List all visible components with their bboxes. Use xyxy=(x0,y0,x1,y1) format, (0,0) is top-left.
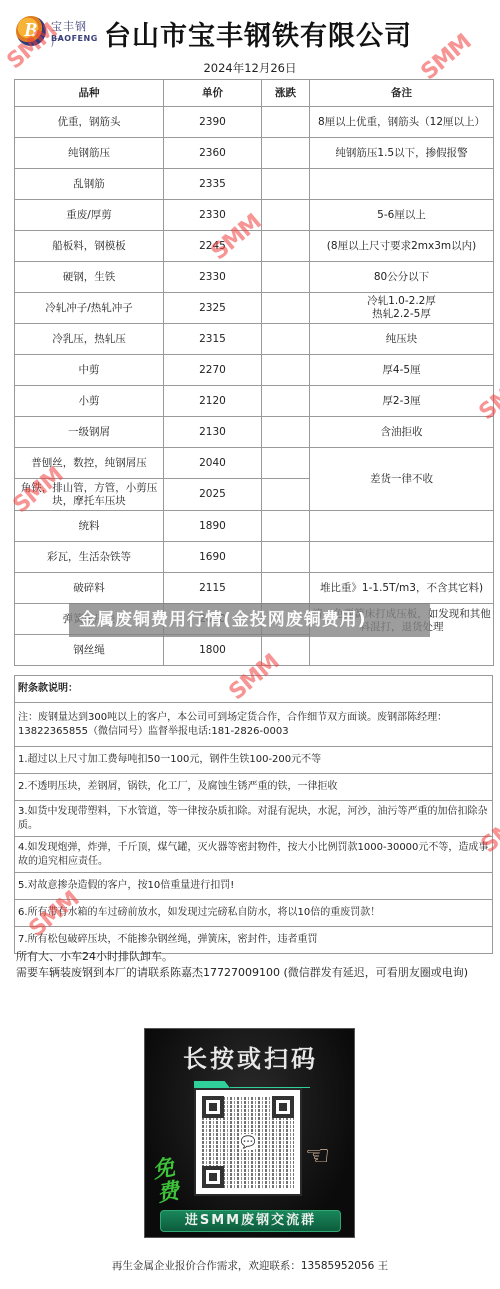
change-cell xyxy=(262,138,310,169)
price-cell: 2330 xyxy=(164,200,262,231)
table-row: 冷轧冲子/热轧冲子 2325 冷轧1.0-2.2厚 热轧2.2-5厚 xyxy=(15,293,494,324)
terms-title: 附条款说明： xyxy=(15,676,493,703)
pointing-hand-icon: ☜ xyxy=(305,1139,330,1172)
price-cell: 2315 xyxy=(164,324,262,355)
price-date: 2024年12月26日 xyxy=(0,60,500,76)
change-cell xyxy=(262,417,310,448)
item-cell: 破碎料 xyxy=(15,573,164,604)
price-cell: 2325 xyxy=(164,293,262,324)
change-cell xyxy=(262,542,310,573)
terms-table: 附条款说明： 注：废钢量达到300吨以上的客户，本公司可到场定货合作，合作细节双… xyxy=(14,675,493,954)
note-cell: 堆比重》1-1.5T/m3，不含其它料) xyxy=(310,573,494,604)
company-name: 台山市宝丰钢铁有限公司 xyxy=(104,14,412,53)
item-cell: 普刨丝，数控，纯钢屑压 xyxy=(15,448,164,479)
terms-item: 3.如货中发现带塑料，下水管道，等一律按杂质扣除。对混有泥块，水泥，河沙，油污等… xyxy=(15,801,493,837)
price-cell: 1690 xyxy=(164,542,262,573)
table-row: 破碎料 2115 堆比重》1-1.5T/m3，不含其它料) xyxy=(15,573,494,604)
table-row: 彩瓦，生活杂铁等 1690 xyxy=(15,542,494,573)
note-cell: 差货一律不收 xyxy=(310,448,494,511)
change-cell xyxy=(262,262,310,293)
table-row: 统料 1890 xyxy=(15,511,494,542)
change-cell xyxy=(262,511,310,542)
note-cell: 厚2-3厘 xyxy=(310,386,494,417)
column-header-price: 单价 xyxy=(164,80,262,107)
qr-finder-icon xyxy=(202,1166,224,1188)
note-cell: 8厘以上优重，钢筋头（12厘以上） xyxy=(310,107,494,138)
terms-note: 注：废钢量达到300吨以上的客户，本公司可到场定货合作，合作细节双方面谈。废钢部… xyxy=(15,703,493,747)
price-cell: 2360 xyxy=(164,138,262,169)
price-cell: 2270 xyxy=(164,355,262,386)
price-cell: 1890 xyxy=(164,511,262,542)
note-cell xyxy=(310,542,494,573)
terms-item: 2.不透明压块，差钢屑，锅铁，化工厂，及腐蚀生锈严重的铁，一律拒收 xyxy=(15,774,493,801)
item-cell: 冷轧冲子/热轧冲子 xyxy=(15,293,164,324)
overlay-title-banner: 金属废铜费用行情(金投网废铜费用) xyxy=(69,603,430,637)
table-row: 优重，钢筋头 2390 8厘以上优重，钢筋头（12厘以上） xyxy=(15,107,494,138)
footnote-line: 所有大、小车24小时排队卸车。 xyxy=(16,949,486,965)
note-cell: 纯钢筋压1.5以下，掺假报警 xyxy=(310,138,494,169)
item-cell: 乱钢筋 xyxy=(15,169,164,200)
price-cell: 2130 xyxy=(164,417,262,448)
footnotes: 所有大、小车24小时排队卸车。 需要车辆装废钢到本厂的请联系陈嘉杰1772700… xyxy=(16,949,486,981)
footnote-line: 需要车辆装废钢到本厂的请联系陈嘉杰17727009100 (微信群发有延迟，可看… xyxy=(16,965,486,981)
change-cell xyxy=(262,386,310,417)
join-group-button[interactable]: 进SMM废钢交流群 xyxy=(160,1210,341,1232)
item-cell: 中剪 xyxy=(15,355,164,386)
item-cell: 角铁，排山管，方管，小剪压块，摩托车压块 xyxy=(15,479,164,511)
item-cell: 重废/厚剪 xyxy=(15,200,164,231)
note-cell: 纯压块 xyxy=(310,324,494,355)
table-row: 小剪 2120 厚2-3厘 xyxy=(15,386,494,417)
table-row: 船板料，钢模板 2245 (8厘以上尺寸要求2mx3m以内) xyxy=(15,231,494,262)
item-cell: 纯钢筋压 xyxy=(15,138,164,169)
price-cell: 1800 xyxy=(164,635,262,666)
change-cell xyxy=(262,293,310,324)
price-cell: 2025 xyxy=(164,479,262,511)
qr-title: 长按或扫码 xyxy=(145,1039,355,1074)
change-cell xyxy=(262,169,310,200)
item-cell: 统料 xyxy=(15,511,164,542)
price-cell: 2120 xyxy=(164,386,262,417)
qr-finder-icon xyxy=(202,1096,224,1118)
note-cell: 厚4-5厘 xyxy=(310,355,494,386)
change-cell xyxy=(262,200,310,231)
company-logo: B 宝丰钢厂 BAOFENG xyxy=(14,16,96,48)
contact-line: 再生金属企业报价合作需求，欢迎联系：13585952056 王 xyxy=(0,1258,500,1273)
qr-frame-tab xyxy=(194,1081,230,1088)
note-cell: 80公分以下 xyxy=(310,262,494,293)
free-label: 免费 xyxy=(151,1155,189,1207)
logo-mark-icon: B xyxy=(16,16,46,46)
qr-code-card[interactable]: 长按或扫码 💬 免费 ☜ 进SMM废钢交流群 xyxy=(144,1028,355,1238)
change-cell xyxy=(262,231,310,262)
price-cell: 2245 xyxy=(164,231,262,262)
table-row: 纯钢筋压 2360 纯钢筋压1.5以下，掺假报警 xyxy=(15,138,494,169)
note-cell: 冷轧1.0-2.2厚 热轧2.2-5厚 xyxy=(310,293,494,324)
terms-item: 4.如发现炮弹，炸弹，千斤顶，煤气罐，灭火器等密封物件，按大小比例罚款1000-… xyxy=(15,837,493,873)
logo-english-text: BAOFENG xyxy=(51,34,98,43)
note-line: 冷轧1.0-2.2厚 xyxy=(312,295,491,308)
change-cell xyxy=(262,355,310,386)
table-row: 重废/厚剪 2330 5-6厘以上 xyxy=(15,200,494,231)
qr-code[interactable]: 💬 xyxy=(194,1088,302,1196)
price-table: 品种 单价 涨跌 备注 优重，钢筋头 2390 8厘以上优重，钢筋头（12厘以上… xyxy=(14,79,494,666)
document-header: B 宝丰钢厂 BAOFENG 台山市宝丰钢铁有限公司 2024年12月26日 xyxy=(0,0,500,80)
item-cell: 优重，钢筋头 xyxy=(15,107,164,138)
item-cell: 船板料，钢模板 xyxy=(15,231,164,262)
column-header-item: 品种 xyxy=(15,80,164,107)
table-row: 冷乳压，热轧压 2315 纯压块 xyxy=(15,324,494,355)
logo-letter: B xyxy=(24,19,37,42)
qr-finder-icon xyxy=(272,1096,294,1118)
price-cell: 2330 xyxy=(164,262,262,293)
note-cell: (8厘以上尺寸要求2mx3m以内) xyxy=(310,231,494,262)
item-cell: 硬钢，生铁 xyxy=(15,262,164,293)
price-cell: 2115 xyxy=(164,573,262,604)
note-cell xyxy=(310,169,494,200)
table-row: 普刨丝，数控，纯钢屑压 2040 差货一律不收 xyxy=(15,448,494,479)
table-row: 中剪 2270 厚4-5厘 xyxy=(15,355,494,386)
column-header-note: 备注 xyxy=(310,80,494,107)
note-cell: 5-6厘以上 xyxy=(310,200,494,231)
table-row: 乱钢筋 2335 xyxy=(15,169,494,200)
change-cell xyxy=(262,635,310,666)
table-row: 一级钢屑 2130 含油拒收 xyxy=(15,417,494,448)
change-cell xyxy=(262,107,310,138)
note-cell xyxy=(310,511,494,542)
table-row: 硬钢，生铁 2330 80公分以下 xyxy=(15,262,494,293)
change-cell xyxy=(262,573,310,604)
note-line: 热轧2.2-5厚 xyxy=(312,308,491,321)
change-cell xyxy=(262,479,310,511)
change-cell xyxy=(262,324,310,355)
item-cell: 小剪 xyxy=(15,386,164,417)
price-cell: 2040 xyxy=(164,448,262,479)
terms-item: 1.超过以上尺寸加工费每吨扣50一100元，钢件生铁100-200元不等 xyxy=(15,747,493,774)
item-cell: 彩瓦，生活杂铁等 xyxy=(15,542,164,573)
terms-item: 5.对故意掺杂造假的客户，按10倍重量进行扣罚! xyxy=(15,873,493,900)
item-cell: 冷乳压，热轧压 xyxy=(15,324,164,355)
item-cell: 一级钢屑 xyxy=(15,417,164,448)
terms-item: 6.所有带有水箱的车过磅前放水，如发现过完磅私自防水，将以10倍的重废罚款！ xyxy=(15,900,493,927)
price-cell: 2335 xyxy=(164,169,262,200)
note-cell: 含油拒收 xyxy=(310,417,494,448)
table-header-row: 品种 单价 涨跌 备注 xyxy=(15,80,494,107)
item-cell: 钢丝绳 xyxy=(15,635,164,666)
change-cell xyxy=(262,448,310,479)
price-cell: 2390 xyxy=(164,107,262,138)
column-header-change: 涨跌 xyxy=(262,80,310,107)
chat-bubble-icon: 💬 xyxy=(240,1134,256,1150)
